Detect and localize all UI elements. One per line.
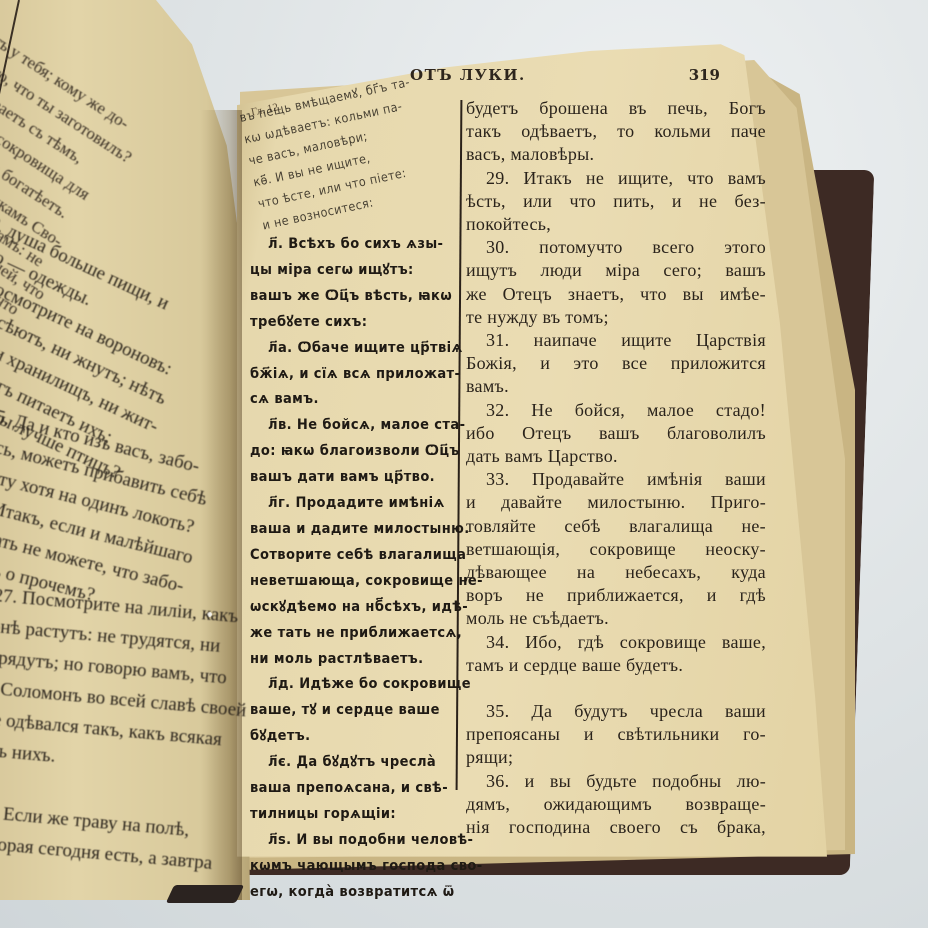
- text-line: 31.наипачеищитеЦарствія: [466, 329, 766, 352]
- text-line: вашъ же Ѻц҃ъ вѣсть, ꙗкѡ: [250, 284, 458, 310]
- text-line: дямъ,ожидающимъвозвраще-: [466, 793, 766, 816]
- text-line: покойтесь,: [466, 213, 766, 236]
- text-line: ни моль растлѣваетъ.: [250, 647, 458, 673]
- text-line: ваша препоѧсана, и свѣ-: [250, 776, 458, 802]
- text-line: бꙋдетъ.: [250, 724, 458, 750]
- text-line: ветшающія,сокровищенеоску-: [466, 538, 766, 561]
- book-spine: [166, 885, 244, 903]
- text-line: такъодѣваетъ,токольмипаче: [466, 120, 766, 143]
- text-line: будетъброшенавъпечь,Богъ: [466, 97, 766, 120]
- text-line: ніягосподинасвоегосъбрака,: [466, 816, 766, 839]
- text-line: препоясаныисвѣтильникиго-: [466, 723, 766, 746]
- text-line: тамъ и сердце ваше будетъ.: [466, 654, 766, 677]
- text-line: ворънеприближается,игдѣ: [466, 584, 766, 607]
- text-line: жеОтецъзнаетъ,чтовыимѣе-: [466, 283, 766, 306]
- text-line: же тать не приближаетсѧ,: [250, 621, 458, 647]
- text-line: до: ꙗкѡ благоизволи Ѻц҃ъ: [250, 439, 458, 465]
- text-line: товляйтесебѣвлагалищане-: [466, 515, 766, 538]
- text-line: сѧ вамъ.: [250, 387, 458, 413]
- photo-scene: возьмутъ у тебя; кому же до- станется то…: [0, 0, 928, 928]
- text-line: егѡ, когдà возвратитсѧ ѿ: [250, 880, 458, 906]
- text-line: Божія,иэтовсеприложится: [466, 352, 766, 375]
- text-line: л҃а. Ѻбаче ищите цр҃твіѧ: [250, 336, 458, 362]
- russian-column: будетъброшенавъпечь,Богътакъодѣваетъ,ток…: [466, 97, 766, 839]
- text-line: ваша и дадите милостыню.: [250, 517, 458, 543]
- text-line: 29.Итакънеищите,чтовамъ: [466, 167, 766, 190]
- text-line: моль не съѣдаетъ.: [466, 607, 766, 630]
- text-line: л҃ѕ. И вы подобни человѣ-: [250, 828, 458, 854]
- text-line: тилницы горѧщіи:: [250, 802, 458, 828]
- text-line: рящи;: [466, 746, 766, 769]
- text-line: требꙋете сихъ:: [250, 310, 458, 336]
- text-line: л҃. Всѣхъ бо сихъ ѧзы-: [250, 232, 458, 258]
- text-line: ищутълюдимірасего;вашъ: [466, 259, 766, 282]
- slavonic-column: въ пещь вмѣщаемꙋ, бг҃ъ та- кѡ ѡдѣваетъ: …: [250, 100, 458, 906]
- text-line: 33.Продавайтеимѣніяваши: [466, 468, 766, 491]
- text-line: ѡскꙋдѣемо на нб҃сѣхъ, идѣ-: [250, 595, 458, 621]
- text-line: ваше, тꙋ и сердце ваше: [250, 698, 458, 724]
- text-line: цы міра сегѡ ищꙋтъ:: [250, 258, 458, 284]
- text-line: Сотворите себѣ влагалища: [250, 543, 458, 569]
- text-line: дѣвающеенанебесахъ,куда: [466, 561, 766, 584]
- text-line: те нужду въ томъ;: [466, 306, 766, 329]
- text-line: л҃є. Да бꙋдꙋтъ чреслà: [250, 750, 458, 776]
- text-line: бж҃іѧ, и сїѧ всѧ приложат-: [250, 362, 458, 388]
- text-line: васъ, маловѣры.: [466, 143, 766, 166]
- text-line: 32.Небойся,малоестадо!: [466, 399, 766, 422]
- text-line: идавайтемилостыню.Приго-: [466, 491, 766, 514]
- text-line: л҃г. Продадите имѣніѧ: [250, 491, 458, 517]
- page-number: 319: [689, 66, 720, 84]
- running-head: ОТЪ ЛУКИ. 319: [410, 66, 720, 84]
- left-page-bottom-text: 27. Посмотрите на лиліи, какъ онѣ растут…: [0, 580, 256, 881]
- paragraph-gap: [466, 677, 766, 700]
- text-line: 35.Дабудутъчреславаши: [466, 700, 766, 723]
- text-line: ѣсть,иличтопить,инебез-: [466, 190, 766, 213]
- text-line: л҃в. Не бойсѧ, малое ста-: [250, 413, 458, 439]
- text-line: л҃д. Идѣже бо сокровище: [250, 672, 458, 698]
- text-line: дать вамъ Царство.: [466, 445, 766, 468]
- text-line: неветшающа, сокровище не-: [250, 569, 458, 595]
- text-line: ибоОтецъвашъблаговолилъ: [466, 422, 766, 445]
- text-line: вашъ дати вамъ цр҃тво.: [250, 465, 458, 491]
- text-line: 30.потомучтовсегоэтого: [466, 236, 766, 259]
- slavonic-lines: л҃. Всѣхъ бо сихъ ѧзы-цы міра сегѡ ищꙋтъ…: [250, 232, 458, 906]
- text-line: вамъ.: [466, 375, 766, 398]
- text-line: кѡмъ чающымъ господа сво-: [250, 854, 458, 880]
- text-line: 36.ивыбудьтеподобнылю-: [466, 770, 766, 793]
- text-line: 34.Ибо,гдѣсокровищеваше,: [466, 631, 766, 654]
